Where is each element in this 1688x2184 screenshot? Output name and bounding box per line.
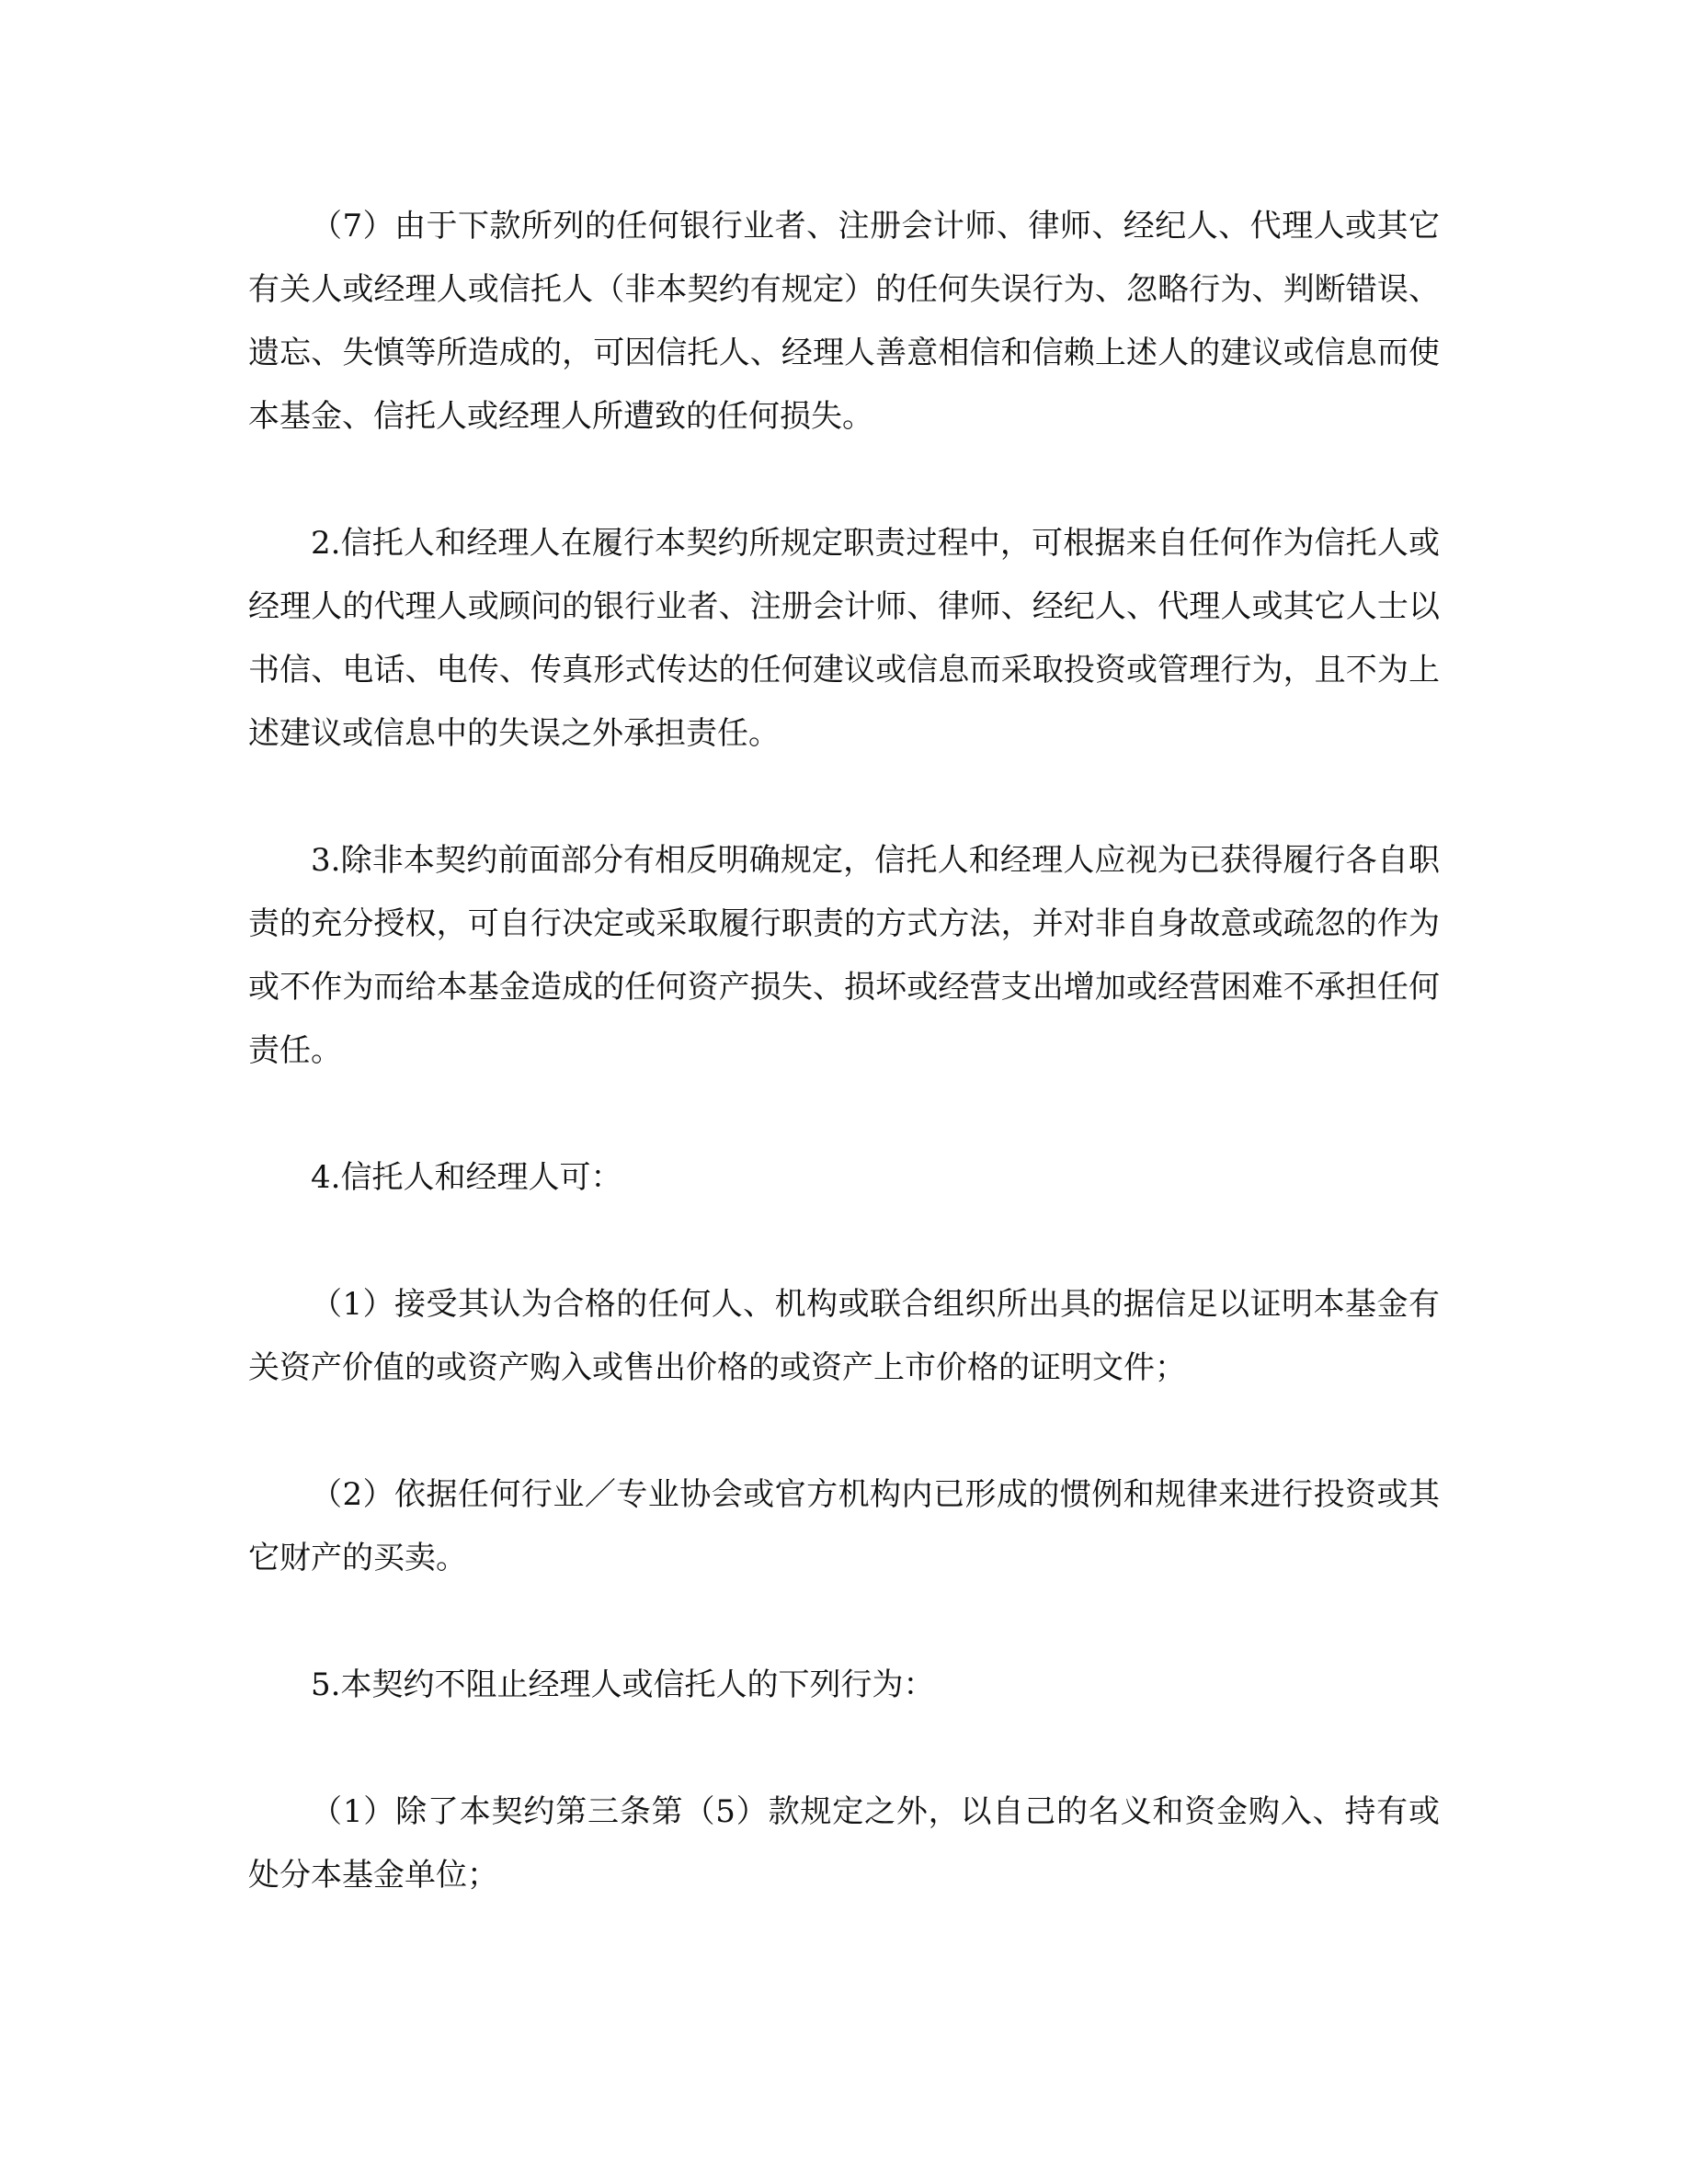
- clause-4-item-1: （1）接受其认为合格的任何人、机构或联合组织所出具的据信足以证明本基金有关资产价…: [248, 1273, 1440, 1400]
- clause-4-item-2: （2）依据任何行业／专业协会或官方机构内已形成的惯例和规律来进行投资或其它财产的…: [248, 1463, 1440, 1590]
- clause-7-liability-exemption: （7）由于下款所列的任何银行业者、注册会计师、律师、经纪人、代理人或其它有关人或…: [248, 195, 1440, 449]
- clause-5-heading: 5.本契约不阻止经理人或信托人的下列行为：: [248, 1654, 1440, 1717]
- clause-2-reliance-on-advice: 2.信托人和经理人在履行本契约所规定职责过程中，可根据来自任何作为信托人或经理人…: [248, 512, 1440, 766]
- document-page: （7）由于下款所列的任何银行业者、注册会计师、律师、经纪人、代理人或其它有关人或…: [248, 195, 1440, 1907]
- clause-4-heading: 4.信托人和经理人可：: [248, 1146, 1440, 1210]
- clause-5-item-1: （1）除了本契约第三条第（5）款规定之外，以自己的名义和资金购入、持有或处分本基…: [248, 1780, 1440, 1907]
- clause-3-authorization: 3.除非本契约前面部分有相反明确规定，信托人和经理人应视为已获得履行各自职责的充…: [248, 829, 1440, 1083]
